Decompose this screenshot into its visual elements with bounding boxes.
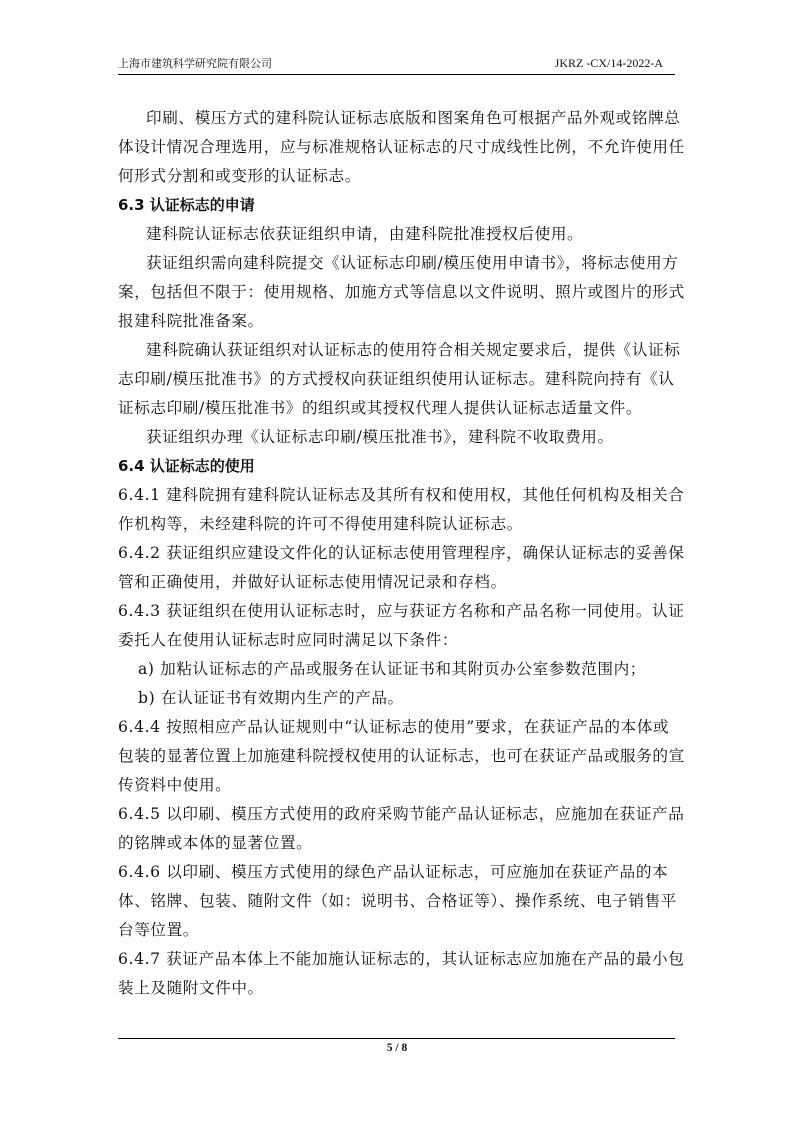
header-doc-code: JKRZ -CX/14-2022-A — [555, 56, 663, 71]
document-body: 印刷、模压方式的建科院认证标志底版和图案角色可根据产品外观或铭牌总体设计情况合理… — [118, 104, 675, 1003]
paragraph-line: 建科院认证标志依获证组织申请，由建科院批准授权后使用。 — [118, 220, 675, 249]
paragraph-line: 印刷、模压方式的建科院认证标志底版和图案角色可根据产品外观或铭牌总 — [118, 104, 675, 133]
paragraph-line: 案，包括但不限于：使用规格、加施方式等信息以文件说明、照片或图片的形式 — [118, 278, 675, 307]
paragraph-line: 6.4.4 按照相应产品认证规则中“认证标志的使用”要求，在获证产品的本体或 — [118, 713, 675, 742]
paragraph-line: 台等位置。 — [118, 916, 675, 945]
paragraph-line: 获证组织办理《认证标志印刷/模压批准书》，建科院不收取费用。 — [118, 423, 675, 452]
paragraph-line: 6.4.5 以印刷、模压方式使用的政府采购节能产品认证标志，应施加在获证产品 — [118, 800, 675, 829]
section-heading: 6.3 认证标志的申请 — [118, 191, 675, 220]
paragraph-line: 装上及随附文件中。 — [118, 974, 675, 1003]
footer-divider — [118, 1038, 675, 1039]
paragraph-line: 管和正确使用，并做好认证标志使用情况记录和存档。 — [118, 568, 675, 597]
paragraph-line: 的铭牌或本体的显著位置。 — [118, 829, 675, 858]
list-item: b) 在认证证书有效期内生产的产品。 — [118, 684, 675, 713]
paragraph-line: 6.4.2 获证组织应建设文件化的认证标志使用管理程序，确保认证标志的妥善保 — [118, 539, 675, 568]
page-number: 5 / 8 — [0, 1042, 794, 1054]
paragraph-line: 6.4.1 建科院拥有建科院认证标志及其所有权和使用权，其他任何机构及相关合 — [118, 481, 675, 510]
list-item: a) 加粘认证标志的产品或服务在认证证书和其附页办公室参数范围内； — [118, 655, 675, 684]
paragraph-line: 体设计情况合理选用，应与标准规格认证标志的尺寸成线性比例，不允许使用任 — [118, 133, 675, 162]
paragraph-line: 获证组织需向建科院提交《认证标志印刷/模压使用申请书》，将标志使用方 — [118, 249, 675, 278]
paragraph-line: 体、铭牌、包装、随附文件（如：说明书、合格证等）、操作系统、电子销售平 — [118, 887, 675, 916]
paragraph-line: 委托人在使用认证标志时应同时满足以下条件： — [118, 626, 675, 655]
page-header: 上海市建筑科学研究院有限公司 JKRZ -CX/14-2022-A — [118, 56, 675, 75]
section-heading: 6.4 认证标志的使用 — [118, 452, 675, 481]
paragraph-line: 作机构等，未经建科院的许可不得使用建科院认证标志。 — [118, 510, 675, 539]
paragraph-line: 报建科院批准备案。 — [118, 307, 675, 336]
paragraph-line: 建科院确认获证组织对认证标志的使用符合相关规定要求后，提供《认证标 — [118, 336, 675, 365]
paragraph-line: 传资料中使用。 — [118, 771, 675, 800]
paragraph-line: 6.4.3 获证组织在使用认证标志时，应与获证方名称和产品名称一同使用。认证 — [118, 597, 675, 626]
header-org-name: 上海市建筑科学研究院有限公司 — [118, 55, 272, 71]
paragraph-line: 包装的显著位置上加施建科院授权使用的认证标志，也可在获证产品或服务的宣 — [118, 742, 675, 771]
paragraph-line: 证标志印刷/模压批准书》的组织或其授权代理人提供认证标志适量文件。 — [118, 394, 675, 423]
paragraph-line: 6.4.7 获证产品本体上不能加施认证标志的，其认证标志应加施在产品的最小包 — [118, 945, 675, 974]
paragraph-line: 志印刷/模压批准书》的方式授权向获证组织使用认证标志。建科院向持有《认 — [118, 365, 675, 394]
paragraph-line: 何形式分割和或变形的认证标志。 — [118, 162, 675, 191]
paragraph-line: 6.4.6 以印刷、模压方式使用的绿色产品认证标志，可应施加在获证产品的本 — [118, 858, 675, 887]
